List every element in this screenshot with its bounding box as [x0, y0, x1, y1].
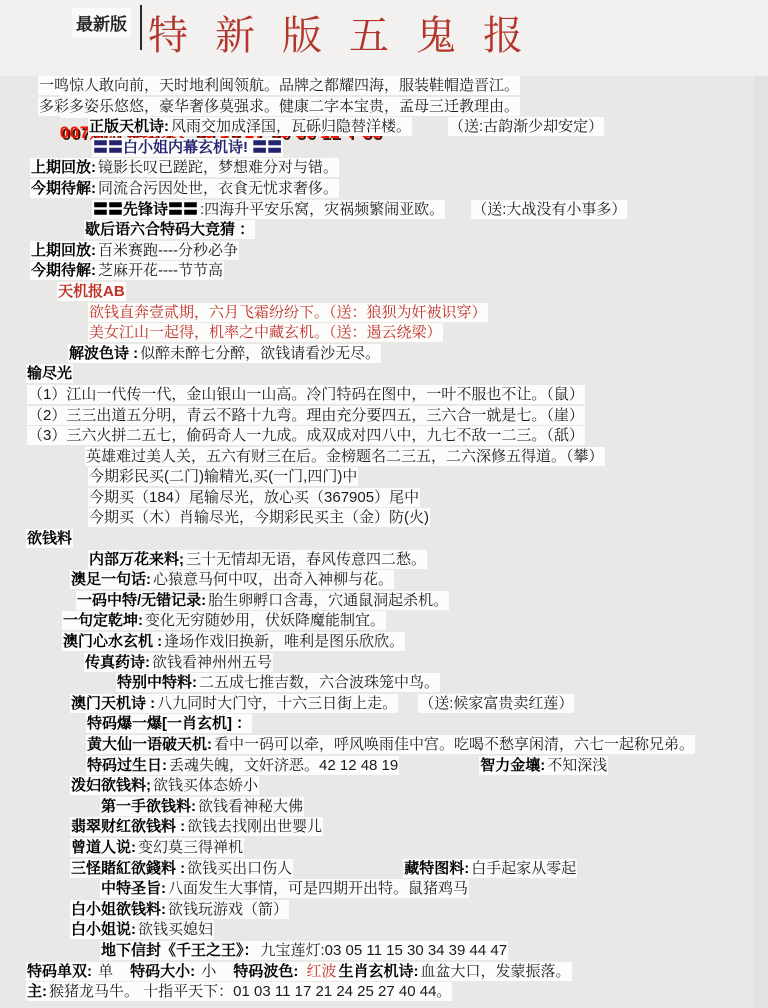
- text-segment: 变化无穷随妙用，伏妖降魔能制宜。: [144, 611, 386, 630]
- text-segment: 欲钱买体态娇小: [152, 776, 259, 795]
- pofu-line: 泼妇欲钱料;欲钱买体态娇小: [0, 776, 768, 797]
- tebie-line: 特别中特料:二五成七推吉数，六合波珠笼中鸟。: [0, 673, 768, 694]
- baixiaojie-yuqian-line: 白小姐欲钱料:欲钱玩游戏（箭）: [0, 900, 768, 921]
- yuqianliao-header: 欲钱料: [0, 529, 768, 550]
- text-segment: 三怪賭紅欲錢料 :: [70, 859, 186, 878]
- jiebose-poem: 解波色诗 :似醉未醉七分醉，欲钱请看沙无尽。: [0, 344, 768, 365]
- this-issue-pending-1: 今期待解:同流合污因处世，衣食无忧求奢侈。: [0, 179, 768, 200]
- text-segment: 中特圣旨:: [100, 879, 167, 898]
- text-segment: 泼妇欲钱料;: [70, 776, 152, 795]
- spacer: [412, 130, 448, 131]
- text-segment: 今期待解:: [30, 261, 97, 280]
- spacer: [399, 769, 479, 770]
- shengzhi-line: 中特圣旨:八面发生大事情，可是四期开出特。鼠猪鸡马: [0, 879, 768, 900]
- aomen-xinshui-line: 澳门心水玄机 :逢场作戏旧换新，唯利是图乐欣欣。: [0, 632, 768, 653]
- text-segment: 胎生卵孵口含毒，穴通鼠洞起杀机。: [207, 591, 449, 610]
- text-segment: 藏特图料:: [403, 859, 470, 878]
- spacer: [398, 707, 418, 708]
- last-issue-replay-1: 上期回放:镜影长叹已蹉跎，梦想难分对与错。: [0, 158, 768, 179]
- shengri-line: 特码过生日:丢魂失魄，文奸济恶。42 12 48 19智力金壤:不知深浅: [0, 756, 768, 777]
- text-segment: 智力金壤:: [479, 756, 546, 775]
- caimin-line: 今期彩民买(二门)输精光,买(一门,四门)中: [0, 467, 768, 488]
- this-issue-pending-2: 今期待解:芝麻开花----节节高: [0, 261, 768, 282]
- text-segment: 芝麻开花----节节高: [97, 261, 224, 280]
- text-segment: 血盆大口，发蒙振落。: [420, 962, 572, 981]
- text-segment: 白手起家从零起: [470, 859, 577, 878]
- baoyibao-line: 特码爆一爆[一肖玄机] ：: [0, 714, 768, 735]
- text-segment: 澳足一句话:: [70, 570, 152, 589]
- text-segment: 传真药诗:: [84, 653, 151, 672]
- spacer: [293, 872, 403, 873]
- xianfeng-poem: 〓〓先锋诗〓〓:四海升平安乐窝，灾祸频繁闹亚欧。（送:大战没有小事多）: [0, 200, 768, 221]
- text-segment: 三十无情却无语，春风传意四二愁。: [185, 550, 427, 569]
- tianji-poem: 正版天机诗:风雨交加成泽国，瓦砾归隐替洋楼。（送:古韵渐少却安定）: [0, 117, 768, 138]
- zengdaoren-line: 曾道人说:变幻莫三得禅机: [0, 838, 768, 859]
- five-ghost-report-page: 最新版 特新版五鬼报 第008期 马会总纲诗: 007期开奖结果：43 14 2…: [0, 0, 768, 1008]
- chuanzhen-line: 传真药诗:欲钱看神州州五号: [0, 653, 768, 674]
- text-segment: 翡翠财红欲钱料 :: [70, 817, 186, 836]
- poem-line-2: 多彩多姿乐悠悠，豪华奢侈莫强求。健康二字本宝贵，孟母三迁教理由。: [0, 97, 768, 118]
- text-segment: 八九同时大门守，十六三日街上走。: [156, 694, 398, 713]
- tail-line: 今期买（184）尾输尽光，放心买（367905）尾中: [0, 488, 768, 509]
- text-segment: （2）三三出道五分明，青云不路十九弯。理由充分要四五，三六合一就是七。（崖）: [27, 406, 585, 425]
- qiankun-line: 一句定乾坤:变化无穷随妙用，伏妖降魔能制宜。: [0, 611, 768, 632]
- neibu-line: 内部万花来料;三十无情却无语，春风传意四二愁。: [0, 550, 768, 571]
- tianji-red-line-1: 欲钱直奔壹贰期，六月飞霜纷纷下。（送：狼狈为奸被识穿）: [0, 303, 768, 324]
- document-lines: 一鸣惊人敢向前，天时地利闽领航。品牌之都耀四海，服装鞋帽造晋江。多彩多姿乐悠悠，…: [0, 76, 768, 1003]
- shujinguang-2: （2）三三出道五分明，青云不路十九弯。理由充分要四五，三六合一就是七。（崖）: [0, 406, 768, 427]
- huangdaxian-line: 黄大仙一语破天机:看中一码可以牵，呼风唤雨佳中宫。吃喝不愁享闲清，六七一起称兄弟…: [0, 735, 768, 756]
- text-segment: 不知深浅: [546, 756, 608, 775]
- text-segment: 输尽光: [26, 364, 73, 383]
- text-segment: 今期彩民买(二门)输精光,买(一门,四门)中: [88, 467, 358, 486]
- text-segment: [299, 962, 305, 981]
- text-segment: 澳门天机诗 :: [70, 694, 156, 713]
- yima-line: 一码中特/无错记录:胎生卵孵口含毒，穴通鼠洞起杀机。: [0, 591, 768, 612]
- text-segment: 逢场作戏旧换新，唯利是图乐欣欣。: [163, 632, 405, 651]
- text-segment: 风雨交加成泽国，瓦砾归隐替洋楼。: [170, 117, 412, 136]
- text-segment: （1）江山一代传一代，金山银山一山高。冷门特码在图中，一叶不服也不让。（鼠）: [27, 385, 585, 404]
- text-segment: 正版天机诗:: [88, 117, 170, 136]
- spacer: [445, 213, 471, 214]
- feicui-line: 翡翠财红欲钱料 :欲钱去找刚出世婴儿: [0, 817, 768, 838]
- text-segment: 内部万花来料;: [88, 550, 185, 569]
- text-segment: 百米赛跑----分秒必争: [97, 241, 239, 260]
- text-segment: 看中一码可以牵，呼风唤雨佳中宫。吃喝不愁享闲清，六七一起称兄弟。: [213, 735, 695, 754]
- text-segment: 小: [196, 962, 232, 981]
- text-segment: 一鸣惊人敢向前，天时地利闽领航。品牌之都耀四海，服装鞋帽造晋江。: [38, 76, 520, 95]
- shujinguang-1: （1）江山一代传一代，金山银山一山高。冷门特码在图中，一叶不服也不让。（鼠）: [0, 385, 768, 406]
- text-segment: 欲钱玩游戏（箭）: [167, 900, 289, 919]
- text-segment: 同流合污因处世，衣食无忧求奢侈。: [97, 179, 339, 198]
- text-segment: 欲钱料: [26, 529, 73, 548]
- text-segment: 丢魂失魄，文奸济恶。42 12 48 19: [168, 756, 399, 775]
- text-segment: （3）三六火拼二五七，偷码奇人一九成。成双成对四八中，九七不敌一二三。（舐）: [27, 426, 585, 445]
- text-segment: 一句定乾坤:: [62, 611, 144, 630]
- text-segment: 单: [93, 962, 129, 981]
- text-segment: 〓〓白小姐内幕玄机诗! 〓〓: [92, 138, 283, 157]
- text-segment: 地下信封《千王之王》：: [100, 941, 260, 960]
- text-segment: 白小姐欲钱料:: [70, 900, 167, 919]
- text-segment: 特别中特料:: [116, 673, 198, 692]
- text-segment: 澳门心水玄机 :: [62, 632, 163, 651]
- text-segment: :四海升平安乐窝，灾祸频繁闹亚欧。: [199, 200, 445, 219]
- text-segment: 多彩多姿乐悠悠，豪华奢侈莫强求。健康二字本宝贵，孟母三迁教理由。: [38, 97, 520, 116]
- text-segment: 今期买（木）肖输尽光，今期彩民买主（金）防(火): [88, 508, 430, 527]
- text-segment: 白小姐说:: [70, 920, 137, 939]
- shujinguang-header: 输尽光: [0, 364, 768, 385]
- text-segment: 红波: [306, 962, 338, 981]
- text-segment: 美女江山一起得，机率之中藏玄机。（送：遏云绕梁）: [88, 323, 443, 342]
- text-segment: 歇后语六合特码大竞猜 ：: [84, 220, 255, 239]
- text-segment: 上期回放:: [30, 158, 97, 177]
- aomen-tianji-line: 澳门天机诗 :八九同时大门守，十六三日街上走。（送:候家富贵卖红莲）: [0, 694, 768, 715]
- last-issue-replay-2: 上期回放:百米赛跑----分秒必争: [0, 241, 768, 262]
- text-segment: 特码大小:: [129, 962, 196, 981]
- text-segment: （送:古韵渐少却安定）: [448, 117, 604, 136]
- tianji-red-line-2: 美女江山一起得，机率之中藏玄机。（送：遏云绕梁）: [0, 323, 768, 344]
- text-segment: 变幻莫三得禅机: [137, 838, 244, 857]
- text-segment: 一码中特/无错记录:: [76, 591, 207, 610]
- text-segment: 欲钱看神秘大佛: [197, 797, 304, 816]
- text-segment: 心猿意马何中叹，出奇入神柳与花。: [152, 570, 394, 589]
- text-segment: 主:: [26, 982, 48, 1001]
- text-segment: 特码过生日:: [86, 756, 168, 775]
- text-segment: 今期买（184）尾输尽光，放心买（367905）尾中: [88, 488, 420, 507]
- text-segment: 第一手欲钱料:: [100, 797, 197, 816]
- text-segment: 猴猪龙马牛。 十指平天下：01 03 11 17 21 24 25 27 40 …: [48, 982, 452, 1001]
- text-segment: 镜影长叹已蹉跎，梦想难分对与错。: [97, 158, 339, 177]
- text-segment: 九宝莲灯:03 05 11 15 30 34 39 44 47: [260, 941, 509, 960]
- text-segment: 欲钱买出口伤人: [186, 859, 293, 878]
- element-line: 今期买（木）肖输尽光，今期彩民买主（金）防(火): [0, 508, 768, 529]
- text-segment: 二五成七推吉数，六合波珠笼中鸟。: [198, 673, 440, 692]
- text-segment: 上期回放:: [30, 241, 97, 260]
- text-segment: 特码波色:: [232, 962, 299, 981]
- text-segment: （送:候家富贵卖红莲）: [418, 694, 574, 713]
- baixiaojie-banner: 〓〓白小姐内幕玄机诗! 〓〓: [0, 138, 768, 159]
- text-segment: 特码爆一爆[一肖玄机] ：: [86, 714, 252, 733]
- xiehouyu-header: 歇后语六合特码大竞猜 ：: [0, 220, 768, 241]
- diyishou-line: 第一手欲钱料:欲钱看神秘大佛: [0, 797, 768, 818]
- zodiac-main-line: 主:猴猪龙马牛。 十指平天下：01 03 11 17 21 24 25 27 4…: [0, 982, 768, 1003]
- title-divider-line: [140, 5, 142, 50]
- text-segment: 曾道人说:: [70, 838, 137, 857]
- text-segment: 欲钱买媳妇: [137, 920, 214, 939]
- text-segment: 今期待解:: [30, 179, 97, 198]
- text-segment: 生肖玄机诗:: [338, 962, 420, 981]
- tema-summary-line: 特码单双: 单 特码大小: 小 特码波色: 红波生肖玄机诗:血盆大口，发蒙振落。: [0, 962, 768, 983]
- text-segment: 天机报AB: [57, 282, 126, 301]
- shujinguang-3: （3）三六火拼二五七，偷码奇人一九成。成双成对四八中，九七不敌一二三。（舐）: [0, 426, 768, 447]
- shujinguang-4: 英雄难过美人关，五六有财三在后。金榜题名二三五，二六深修五得道。（攀）: [0, 447, 768, 468]
- text-segment: 〓〓先锋诗〓〓: [92, 200, 199, 219]
- text-segment: 特码单双:: [26, 962, 93, 981]
- page-title: 特新版五鬼报: [148, 4, 550, 61]
- text-segment: （送:大战没有小事多）: [471, 200, 627, 219]
- tianji-bao-ab: 天机报AB: [0, 282, 768, 303]
- poem-line-1: 一鸣惊人敢向前，天时地利闽领航。品牌之都耀四海，服装鞋帽造晋江。: [0, 76, 768, 97]
- text-segment: 解波色诗 :: [68, 344, 139, 363]
- text-segment: 黄大仙一语破天机:: [86, 735, 213, 754]
- text-segment: 似醉未醉七分醉，欲钱请看沙无尽。: [139, 344, 381, 363]
- aozu-line: 澳足一句话:心猿意马何中叹，出奇入神柳与花。: [0, 570, 768, 591]
- baixiaojie-shuo-line: 白小姐说:欲钱买媳妇: [0, 920, 768, 941]
- text-segment: 欲钱看神州州五号: [151, 653, 273, 672]
- edition-label: 最新版: [72, 8, 131, 37]
- text-segment: 英雄难过美人关，五六有财三在后。金榜题名二三五，二六深修五得道。（攀）: [85, 447, 605, 466]
- text-segment: 八面发生大事情，可是四期开出特。鼠猪鸡马: [167, 879, 469, 898]
- text-segment: 欲钱去找刚出世婴儿: [186, 817, 323, 836]
- dixia-xinfeng-line: 地下信封《千王之王》：九宝莲灯:03 05 11 15 30 34 39 44 …: [0, 941, 768, 962]
- text-segment: 欲钱直奔壹贰期，六月飞霜纷纷下。（送：狼狈为奸被识穿）: [88, 303, 488, 322]
- sanguai-line: 三怪賭紅欲錢料 :欲钱买出口伤人藏特图料:白手起家从零起: [0, 859, 768, 880]
